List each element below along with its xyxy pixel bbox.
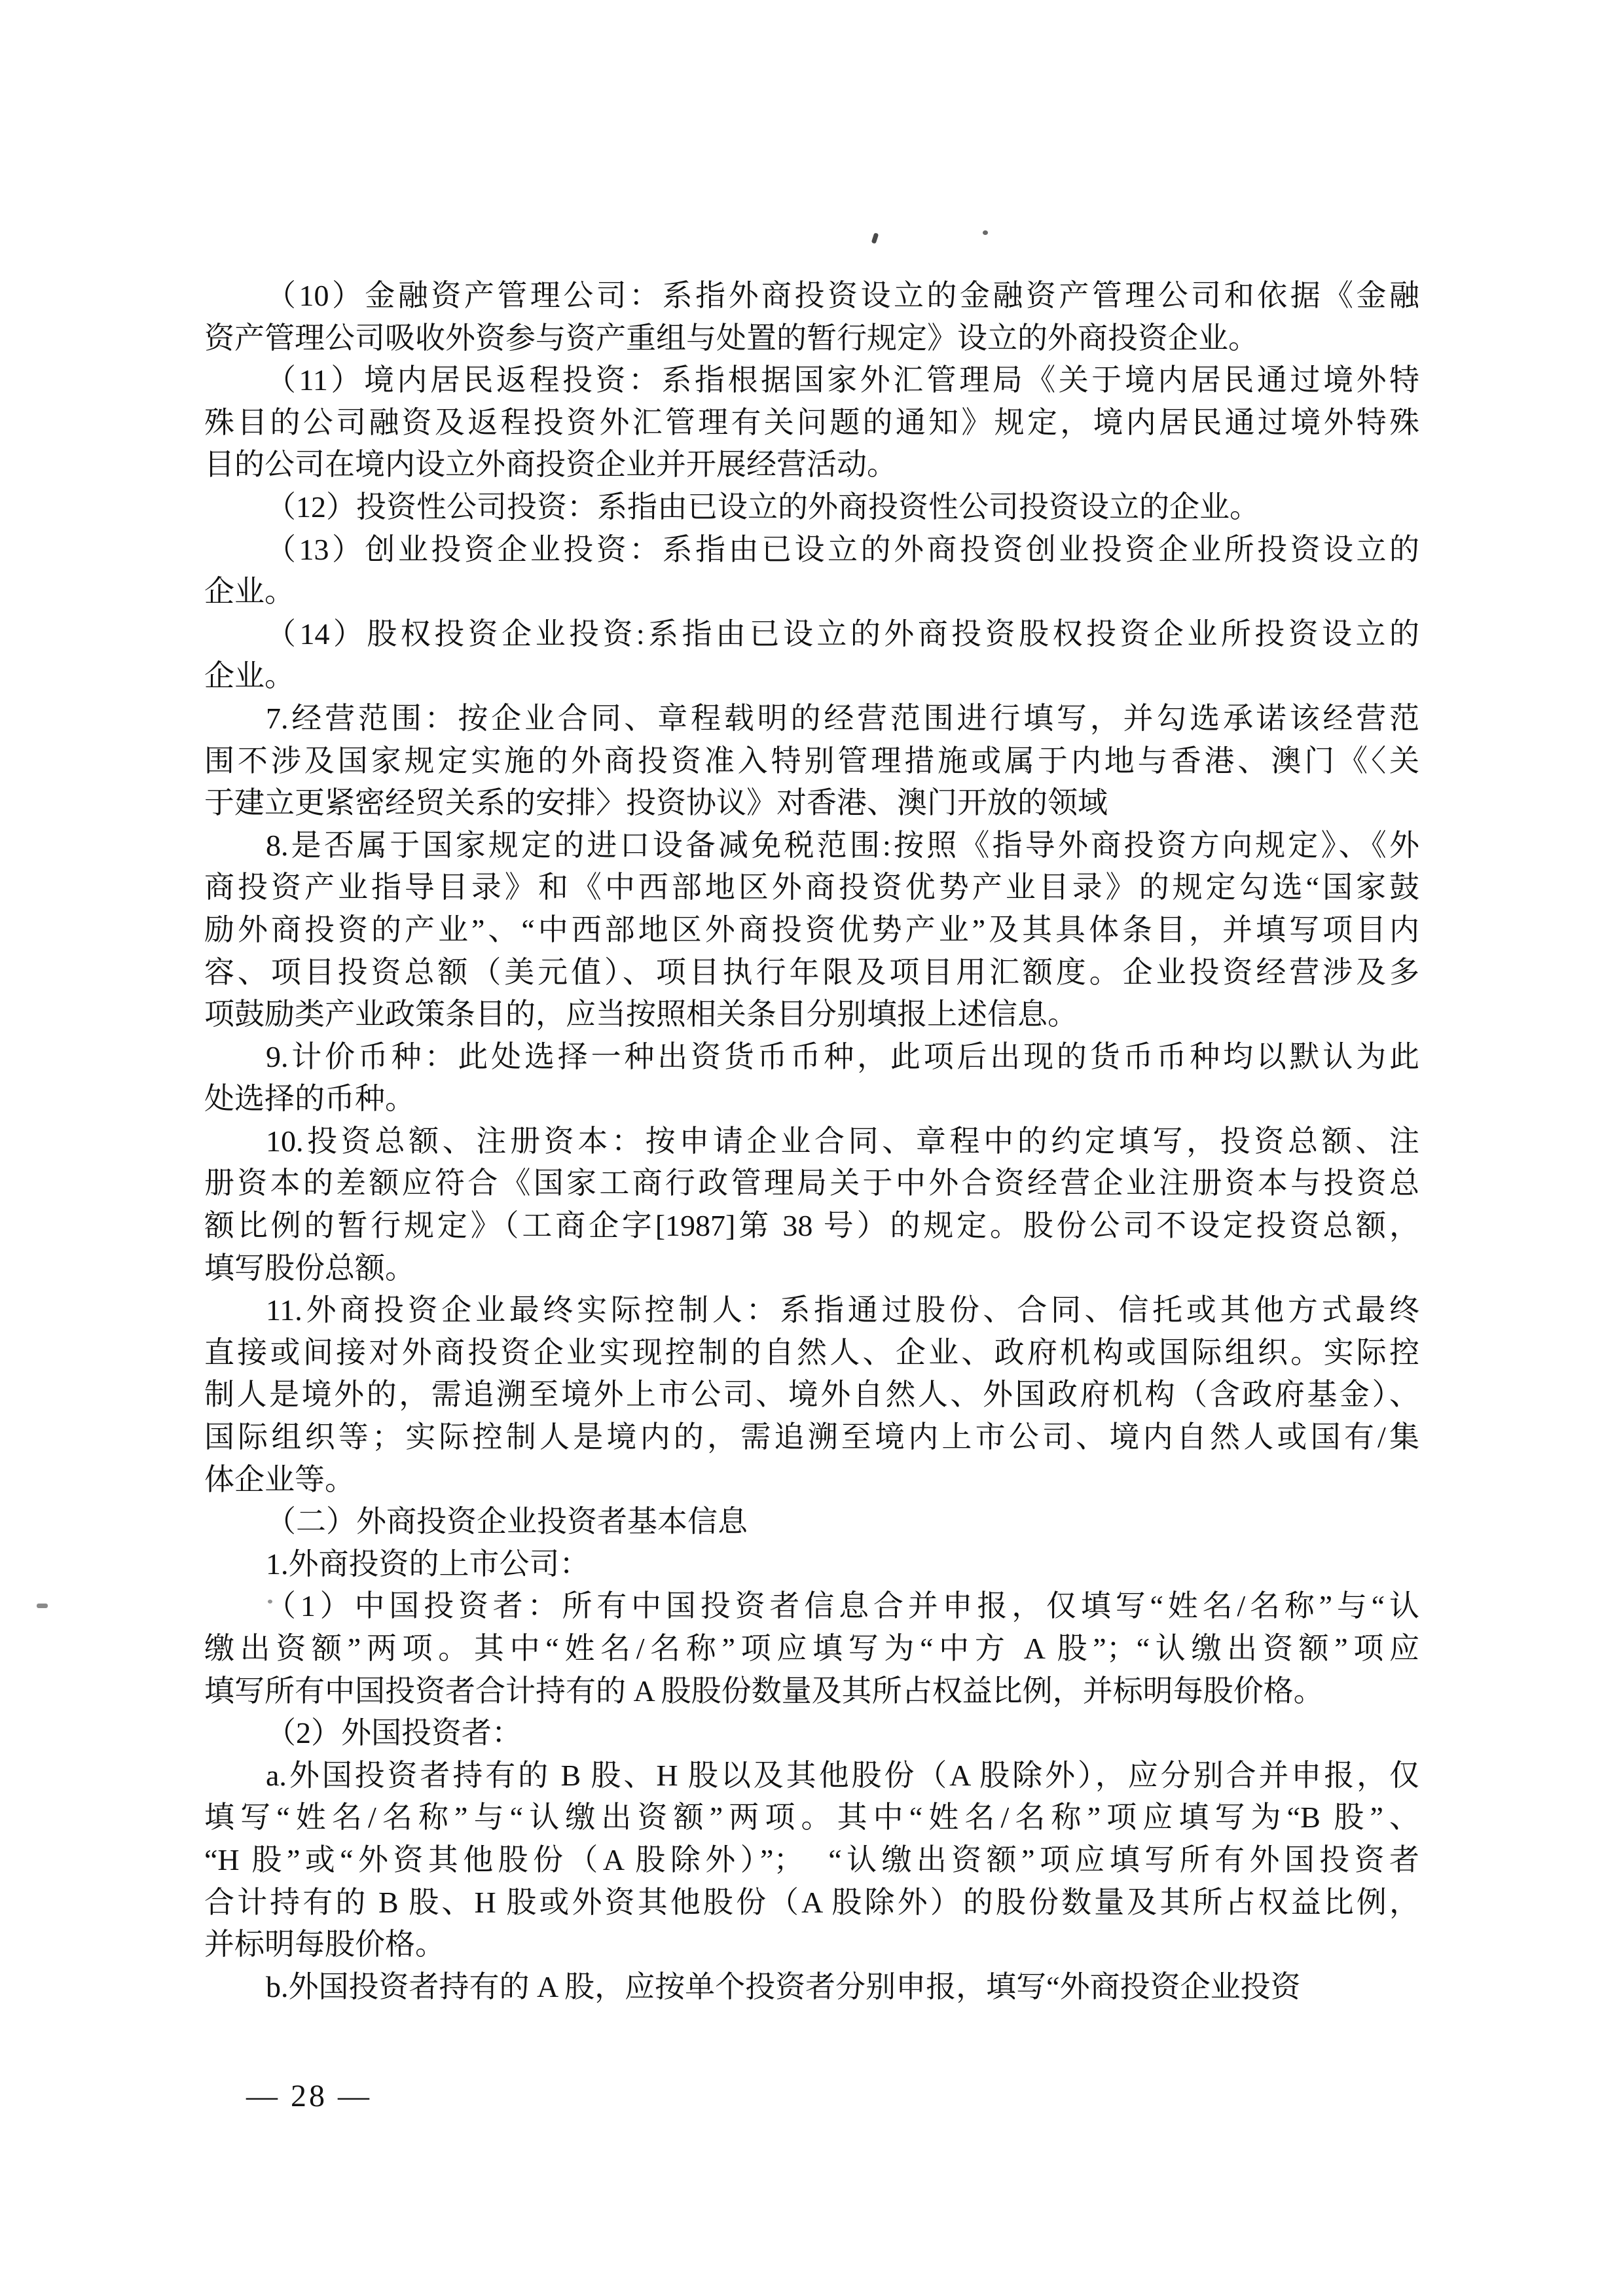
text-line: 10.投资总额、注册资本：按申请企业合同、章程中的约定填写，投资总额、注 — [204, 1121, 1419, 1163]
text-line: 8.是否属于国家规定的进口设备减免税范围:按照《指导外商投资方向规定》、《外 — [204, 825, 1419, 867]
text-line: 资产管理公司吸收外资参与资产重组与处置的暂行规定》设立的外商投资企业。 — [204, 317, 1419, 360]
document-body: （10）金融资产管理公司：系指外商投资设立的金融资产管理公司和依据《金融资产管理… — [204, 275, 1419, 2008]
text-line: 企业。 — [204, 571, 1419, 613]
text-line: 处选择的币种。 — [204, 1078, 1419, 1121]
text-line: （14）股权投资企业投资:系指由已设立的外商投资股权投资企业所投资设立的 — [204, 613, 1419, 656]
text-line: 励外商投资的产业”、“中西部地区外商投资优势产业”及其具体条目，并填写项目内 — [204, 909, 1419, 952]
text-line: 容、项目投资总额（美元值）、项目执行年限及项目用汇额度。企业投资经营涉及多 — [204, 952, 1419, 994]
text-line: 直接或间接对外商投资企业实现控制的自然人、企业、政府机构或国际组织。实际控 — [204, 1332, 1419, 1374]
text-line: 项鼓励类产业政策条目的，应当按照相关条目分别填报上述信息。 — [204, 994, 1419, 1036]
text-line: 并标明每股价格。 — [204, 1924, 1419, 1966]
text-line: 体企业等。 — [204, 1459, 1419, 1501]
text-line: 企业。 — [204, 655, 1419, 698]
text-line: 国际组织等；实际控制人是境内的，需追溯至境内上市公司、境内自然人或国有/集 — [204, 1416, 1419, 1459]
scan-speck — [871, 232, 879, 243]
text-line: （12）投资性公司投资：系指由已设立的外商投资性公司投资设立的企业。 — [204, 486, 1419, 529]
text-line: 1.外商投资的上市公司： — [204, 1543, 1419, 1586]
text-line: 填写“姓名/名称”与“认缴出资额”两项。其中“姓名/名称”项应填写为“B 股”、 — [204, 1797, 1419, 1839]
text-line: 册资本的差额应符合《国家工商行政管理局关于中外合资经营企业注册资本与投资总 — [204, 1162, 1419, 1205]
text-line: 目的公司在境内设立外商投资企业并开展经营活动。 — [204, 444, 1419, 486]
text-line: 9.计价币种：此处选择一种出资货币币种，此项后出现的货币币种均以默认为此 — [204, 1036, 1419, 1079]
text-line: （13）创业投资企业投资：系指由已设立的外商投资创业投资企业所投资设立的 — [204, 529, 1419, 571]
text-line: 额比例的暂行规定》（工商企字[1987]第 38 号）的规定。股份公司不设定投资… — [204, 1205, 1419, 1247]
text-line: 合计持有的 B 股、H 股或外资其他股份（A 股除外）的股份数量及其所占权益比例… — [204, 1882, 1419, 1924]
text-line: （1）中国投资者：所有中国投资者信息合并申报，仅填写“姓名/名称”与“认 — [204, 1585, 1419, 1628]
scan-speck — [983, 230, 988, 235]
text-line: （二）外商投资企业投资者基本信息 — [204, 1501, 1419, 1543]
scan-speck — [268, 1600, 272, 1604]
text-line: 填写股份总额。 — [204, 1247, 1419, 1290]
text-line: “H 股”或“外资其他股份（A 股除外）”； “认缴出资额”项应填写所有外国投资… — [204, 1839, 1419, 1882]
page-number: — 28 — — [246, 2077, 372, 2116]
text-line: 制人是境外的，需追溯至境外上市公司、境外自然人、外国政府机构（含政府基金）、 — [204, 1374, 1419, 1416]
text-line: a.外国投资者持有的 B 股、H 股以及其他股份（A 股除外），应分别合并申报，… — [204, 1755, 1419, 1797]
scanned-document-page: （10）金融资产管理公司：系指外商投资设立的金融资产管理公司和依据《金融资产管理… — [0, 0, 1623, 2296]
text-line: 商投资产业指导目录》和《中西部地区外商投资优势产业目录》的规定勾选“国家鼓 — [204, 867, 1419, 909]
text-line: （2）外国投资者： — [204, 1712, 1419, 1755]
text-line: 缴出资额”两项。其中“姓名/名称”项应填写为“中方 A 股”；“认缴出资额”项应 — [204, 1628, 1419, 1670]
text-line: （10）金融资产管理公司：系指外商投资设立的金融资产管理公司和依据《金融 — [204, 275, 1419, 317]
text-line: 11.外商投资企业最终实际控制人：系指通过股份、合同、信托或其他方式最终 — [204, 1289, 1419, 1332]
scan-speck — [37, 1604, 48, 1608]
text-line: b.外国投资者持有的 A 股，应按单个投资者分别申报，填写“外商投资企业投资 — [204, 1966, 1419, 2009]
text-line: 填写所有中国投资者合计持有的 A 股股份数量及其所占权益比例，并标明每股价格。 — [204, 1670, 1419, 1713]
text-line: 殊目的公司融资及返程投资外汇管理有关问题的通知》规定，境内居民通过境外特殊 — [204, 402, 1419, 444]
text-line: （11）境内居民返程投资：系指根据国家外汇管理局《关于境内居民通过境外特 — [204, 359, 1419, 402]
text-line: 7.经营范围：按企业合同、章程载明的经营范围进行填写，并勾选承诺该经营范 — [204, 698, 1419, 740]
text-line: 围不涉及国家规定实施的外商投资准入特别管理措施或属于内地与香港、澳门《〈关 — [204, 740, 1419, 783]
text-line: 于建立更紧密经贸关系的安排〉投资协议》对香港、澳门开放的领域 — [204, 782, 1419, 825]
